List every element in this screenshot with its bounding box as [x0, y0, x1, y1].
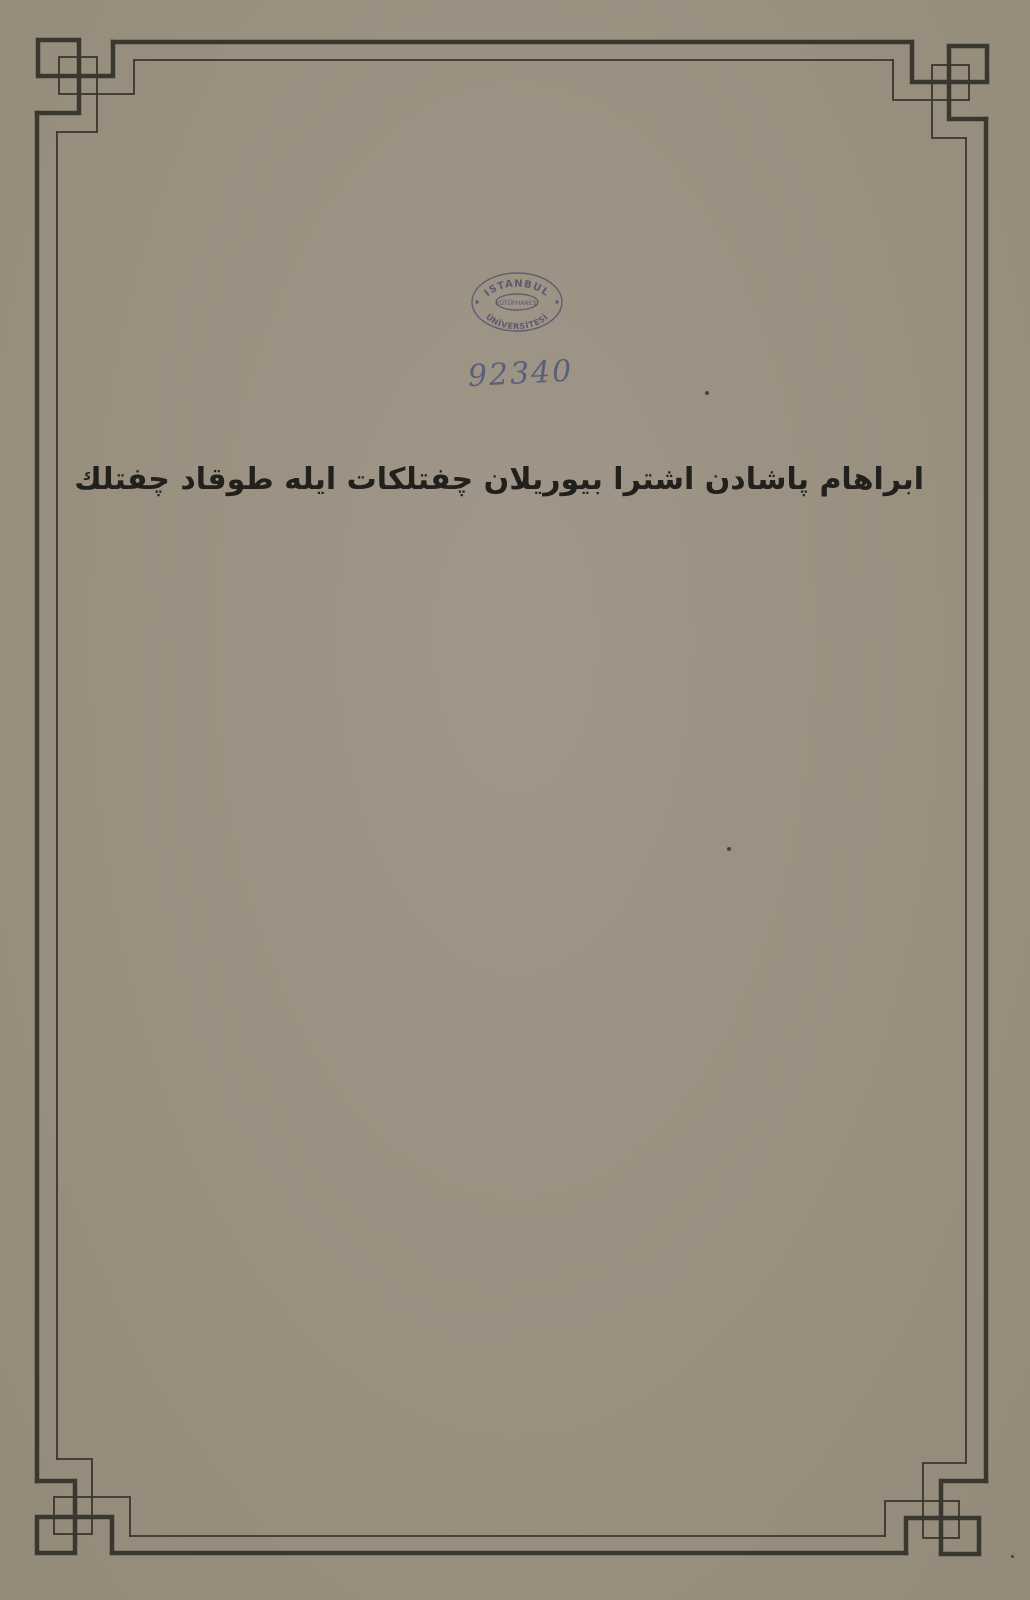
document-title: ابراهام پاشادن اشترا بیوریلان چفتلكات اي… — [74, 450, 924, 510]
stamp-center-text: KÜTÜPHANESİ — [496, 300, 539, 307]
svg-text:ISTANBUL: ISTANBUL — [482, 278, 551, 299]
decorative-border-frame — [0, 0, 1030, 1600]
svg-text:ÜNİVERSİTESİ: ÜNİVERSİTESİ — [484, 312, 550, 332]
paper-speck — [705, 391, 709, 395]
paper-speck — [1011, 1555, 1014, 1558]
accession-number: 92340 — [467, 353, 589, 399]
outer-thick-border — [37, 40, 987, 1554]
library-stamp: ISTANBUL KÜTÜPHANESİ ÜNİVERSİTESİ — [470, 271, 564, 333]
paper-speck — [727, 847, 731, 851]
manuscript-page: ISTANBUL KÜTÜPHANESİ ÜNİVERSİTESİ 92340 … — [0, 0, 1030, 1600]
